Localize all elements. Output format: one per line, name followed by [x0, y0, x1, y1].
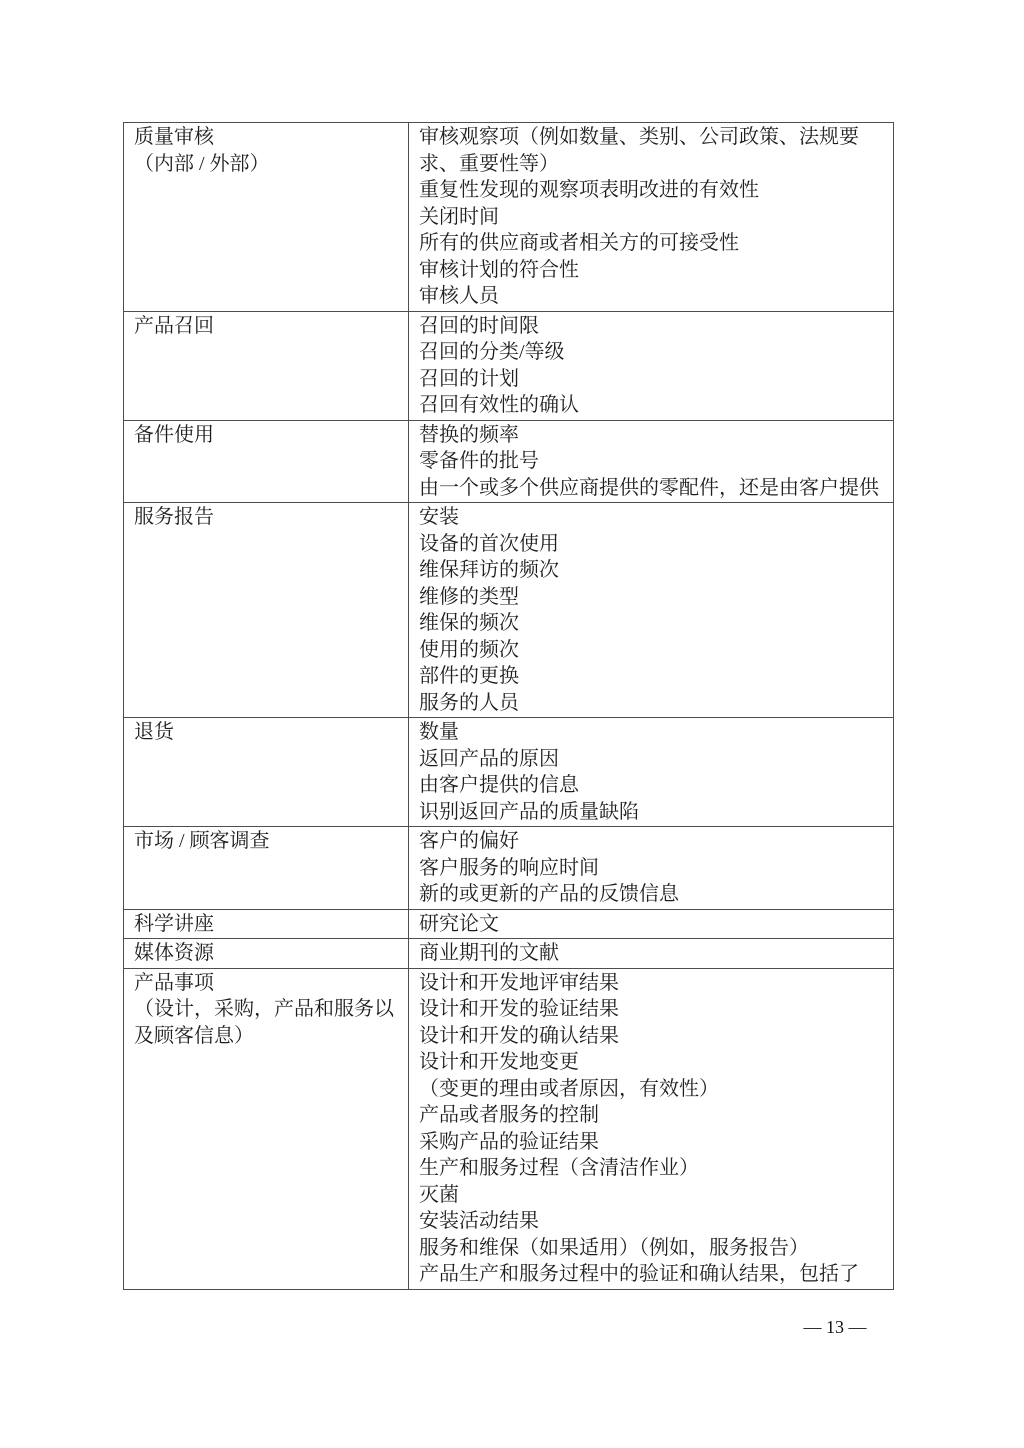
item-line: 由客户提供的信息: [419, 772, 885, 799]
category-line: 退货: [134, 719, 400, 746]
category-cell: 产品召回: [124, 311, 409, 420]
items-cell: 替换的频率零备件的批号由一个或多个供应商提供的零配件，还是由客户提供: [409, 420, 894, 503]
category-line: 产品召回: [134, 313, 400, 340]
document-page: 质量审核（内部 / 外部）审核观察项（例如数量、类别、公司政策、法规要求、重要性…: [0, 0, 1024, 1448]
item-line: 灭菌: [419, 1182, 885, 1209]
item-line: 维保的频次: [419, 610, 885, 637]
category-cell: 质量审核（内部 / 外部）: [124, 123, 409, 312]
category-line: 备件使用: [134, 422, 400, 449]
items-cell: 审核观察项（例如数量、类别、公司政策、法规要求、重要性等）重复性发现的观察项表明…: [409, 123, 894, 312]
item-line: 客户的偏好: [419, 828, 885, 855]
item-line: 审核人员: [419, 283, 885, 310]
item-line: 产品生产和服务过程中的验证和确认结果，包括了: [419, 1261, 885, 1288]
item-line: 重复性发现的观察项表明改进的有效性: [419, 177, 885, 204]
item-line: 安装活动结果: [419, 1208, 885, 1235]
item-line: 使用的频次: [419, 637, 885, 664]
item-line: 商业期刊的文献: [419, 940, 885, 967]
category-cell: 科学讲座: [124, 909, 409, 939]
category-line: 科学讲座: [134, 911, 400, 938]
table-row: 产品事项（设计，采购，产品和服务以及顾客信息）设计和开发地评审结果设计和开发的验…: [124, 968, 894, 1289]
table-row: 产品召回召回的时间限召回的分类/等级召回的计划召回有效性的确认: [124, 311, 894, 420]
item-line: 新的或更新的产品的反馈信息: [419, 881, 885, 908]
item-line: 设计和开发地变更: [419, 1049, 885, 1076]
category-line: （设计，采购，产品和服务以及顾客信息）: [134, 996, 400, 1049]
items-cell: 召回的时间限召回的分类/等级召回的计划召回有效性的确认: [409, 311, 894, 420]
item-line: 召回的计划: [419, 366, 885, 393]
items-cell: 研究论文: [409, 909, 894, 939]
category-line: 质量审核: [134, 124, 400, 151]
table-row: 服务报告安装设备的首次使用维保拜访的频次维修的类型维保的频次使用的频次部件的更换…: [124, 503, 894, 718]
item-line: 所有的供应商或者相关方的可接受性: [419, 230, 885, 257]
item-line: 返回产品的原因: [419, 746, 885, 773]
item-line: 审核观察项（例如数量、类别、公司政策、法规要求、重要性等）: [419, 124, 885, 177]
item-line: 设计和开发地评审结果: [419, 970, 885, 997]
item-line: 召回的分类/等级: [419, 339, 885, 366]
item-line: 识别返回产品的质量缺陷: [419, 799, 885, 826]
category-line: 产品事项: [134, 970, 400, 997]
item-line: 数量: [419, 719, 885, 746]
item-line: 采购产品的验证结果: [419, 1129, 885, 1156]
category-line: 服务报告: [134, 504, 400, 531]
item-line: （变更的理由或者原因，有效性）: [419, 1076, 885, 1103]
table-row: 科学讲座研究论文: [124, 909, 894, 939]
category-cell: 备件使用: [124, 420, 409, 503]
items-cell: 商业期刊的文献: [409, 939, 894, 969]
item-line: 设计和开发的验证结果: [419, 996, 885, 1023]
item-line: 设计和开发的确认结果: [419, 1023, 885, 1050]
item-line: 服务和维保（如果适用）（例如，服务报告）: [419, 1235, 885, 1262]
table-row: 市场 / 顾客调查客户的偏好客户服务的响应时间新的或更新的产品的反馈信息: [124, 827, 894, 910]
table-row: 备件使用替换的频率零备件的批号由一个或多个供应商提供的零配件，还是由客户提供: [124, 420, 894, 503]
category-cell: 市场 / 顾客调查: [124, 827, 409, 910]
item-line: 安装: [419, 504, 885, 531]
item-line: 由一个或多个供应商提供的零配件，还是由客户提供: [419, 475, 885, 502]
item-line: 服务的人员: [419, 690, 885, 717]
item-line: 产品或者服务的控制: [419, 1102, 885, 1129]
page-number: — 13 —: [790, 1315, 880, 1339]
category-cell: 媒体资源: [124, 939, 409, 969]
items-cell: 客户的偏好客户服务的响应时间新的或更新的产品的反馈信息: [409, 827, 894, 910]
item-line: 零备件的批号: [419, 448, 885, 475]
category-line: （内部 / 外部）: [134, 151, 400, 178]
item-line: 维保拜访的频次: [419, 557, 885, 584]
item-line: 设备的首次使用: [419, 531, 885, 558]
items-cell: 安装设备的首次使用维保拜访的频次维修的类型维保的频次使用的频次部件的更换服务的人…: [409, 503, 894, 718]
item-line: 研究论文: [419, 911, 885, 938]
table-row: 退货数量返回产品的原因由客户提供的信息识别返回产品的质量缺陷: [124, 718, 894, 827]
items-cell: 数量返回产品的原因由客户提供的信息识别返回产品的质量缺陷: [409, 718, 894, 827]
item-line: 召回有效性的确认: [419, 392, 885, 419]
items-cell: 设计和开发地评审结果设计和开发的验证结果设计和开发的确认结果设计和开发地变更（变…: [409, 968, 894, 1289]
category-line: 媒体资源: [134, 940, 400, 967]
category-cell: 产品事项（设计，采购，产品和服务以及顾客信息）: [124, 968, 409, 1289]
item-line: 审核计划的符合性: [419, 257, 885, 284]
item-line: 生产和服务过程（含清洁作业）: [419, 1155, 885, 1182]
category-cell: 服务报告: [124, 503, 409, 718]
records-table-body: 质量审核（内部 / 外部）审核观察项（例如数量、类别、公司政策、法规要求、重要性…: [124, 123, 894, 1290]
records-table: 质量审核（内部 / 外部）审核观察项（例如数量、类别、公司政策、法规要求、重要性…: [123, 122, 894, 1290]
item-line: 维修的类型: [419, 584, 885, 611]
item-line: 客户服务的响应时间: [419, 855, 885, 882]
category-cell: 退货: [124, 718, 409, 827]
item-line: 召回的时间限: [419, 313, 885, 340]
item-line: 部件的更换: [419, 663, 885, 690]
category-line: 市场 / 顾客调查: [134, 828, 400, 855]
table-row: 媒体资源商业期刊的文献: [124, 939, 894, 969]
item-line: 替换的频率: [419, 422, 885, 449]
item-line: 关闭时间: [419, 204, 885, 231]
table-row: 质量审核（内部 / 外部）审核观察项（例如数量、类别、公司政策、法规要求、重要性…: [124, 123, 894, 312]
